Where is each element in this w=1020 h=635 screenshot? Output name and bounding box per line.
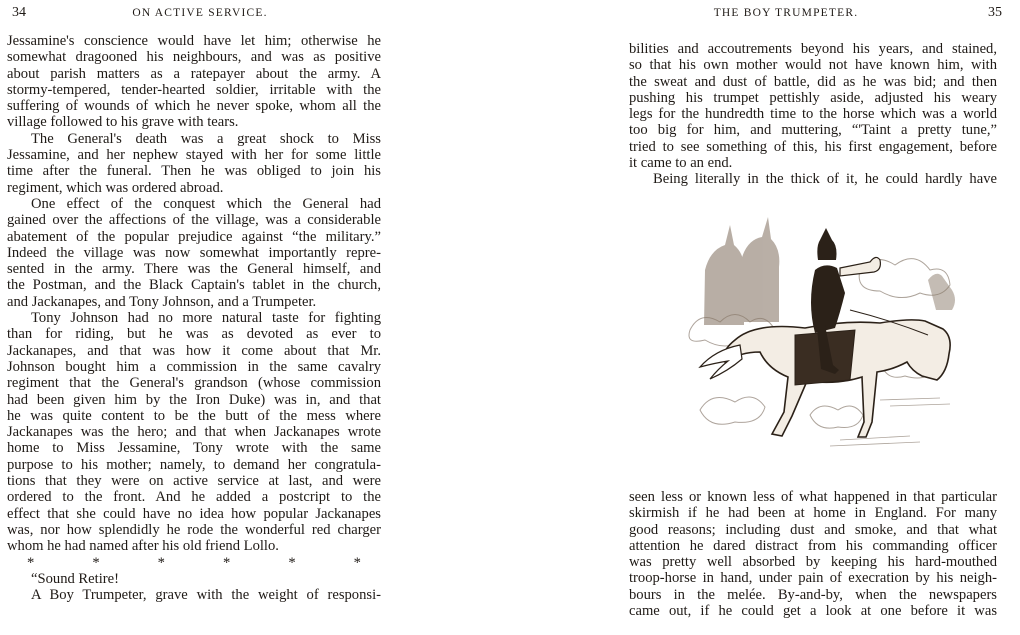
text-line: effect that she could have no idea how p… [7, 506, 381, 522]
text-line: Jackanapes was the hero; and that when J… [7, 424, 381, 440]
section-break-asterisks: ****** [7, 555, 381, 571]
page-number-right: 35 [988, 5, 1002, 21]
text-line: so that his own mother would not have kn… [629, 57, 997, 73]
text-line: it came to an end. [629, 155, 997, 171]
text-line: Jackanapes, and that was how it come abo… [7, 343, 381, 359]
asterisk: * [92, 555, 99, 571]
text-line: sented in the army. There was the Genera… [7, 261, 381, 277]
text-line: A Boy Trumpeter, grave with the weight o… [7, 587, 381, 603]
text-line: tions that they were on active service a… [7, 473, 381, 489]
text-line: pushing his trumpet pettishly aside, adj… [629, 90, 997, 106]
right-body-text-top: bilities and accoutrements beyond his ye… [629, 41, 997, 188]
asterisk: * [288, 555, 295, 571]
text-line: regiment, which was ordered abroad. [7, 180, 381, 196]
text-line: abatement of the popular prejudice again… [7, 229, 381, 245]
text-line: skirmish if he had been at home in Engla… [629, 505, 997, 521]
running-head-title-right: THE BOY TRUMPETER. [612, 7, 960, 19]
text-line: attention he dared distract from his com… [629, 538, 997, 554]
text-line: suffering of wounds of which he never sp… [7, 98, 381, 114]
left-body-text: Jessamine's conscience would have let hi… [7, 33, 381, 603]
text-line: whom he had named after his old friend L… [7, 538, 381, 554]
text-line: than for riding, but he was as devoted a… [7, 326, 381, 342]
text-line: time after the funeral. Then he was obli… [7, 163, 381, 179]
text-line: regiment that the General's grandson (wh… [7, 375, 381, 391]
text-line: came out, if he could get a look at one … [629, 603, 997, 619]
text-line: somewhat dragooned his neighbours, and w… [7, 49, 381, 65]
text-line: and Jackanapes, and Tony Johnson, and a … [7, 294, 381, 310]
text-line: “Sound Retire! [7, 571, 381, 587]
text-line: Jessamine, and her nephew stayed with he… [7, 147, 381, 163]
text-line: had been given him by the Iron Duke) was… [7, 392, 381, 408]
text-line: village followed to his grave with tears… [7, 114, 381, 130]
text-line: was pretty well absorbed by keeping his … [629, 554, 997, 570]
asterisk: * [223, 555, 230, 571]
text-line: too big for him, and muttering, “'Taint … [629, 122, 997, 138]
text-line: seen less or known less of what happened… [629, 489, 997, 505]
left-page: 34 ON ACTIVE SERVICE. Jessamine's consci… [0, 0, 400, 635]
asterisk: * [27, 555, 34, 571]
text-line: The General's death was a great shock to… [7, 131, 381, 147]
text-line: Indeed the village was now somewhat impo… [7, 245, 381, 261]
text-line: he was quite content to be the butt of t… [7, 408, 381, 424]
right-body-text-bottom: seen less or known less of what happened… [629, 489, 997, 619]
text-line: Tony Johnson had no more natural taste f… [7, 310, 381, 326]
text-line: about parish matters as a ratepayer abou… [7, 66, 381, 82]
boy-trumpeter-illustration [680, 210, 980, 465]
text-line: bilities and accoutrements beyond his ye… [629, 41, 997, 57]
text-line: troop-horse in hand, under pain of execr… [629, 570, 997, 586]
text-line: Being literally in the thick of it, he c… [629, 171, 997, 187]
asterisk: * [158, 555, 165, 571]
text-line: legs for the hundredth time to the horse… [629, 106, 997, 122]
text-line: good reasons; including dust and smoke, … [629, 522, 997, 538]
asterisk: * [354, 555, 361, 571]
text-line: gained over the affections of the villag… [7, 212, 381, 228]
text-line: ordered to the front. And he added a pos… [7, 489, 381, 505]
text-line: purpose to his mother; namely, to demand… [7, 457, 381, 473]
text-line: Johnson bought him a commission in the s… [7, 359, 381, 375]
text-line: tried to see something of this, his firs… [629, 139, 997, 155]
text-line: bours in the melée. By-and-by, when the … [629, 587, 997, 603]
text-line: Jessamine's conscience would have let hi… [7, 33, 381, 49]
text-line: stormy-tempered, tender-hearted soldier,… [7, 82, 381, 98]
page-number-left: 34 [12, 5, 26, 21]
text-line: the Postman, and the Black Captain's tab… [7, 277, 381, 293]
text-line: the sweat and dust of battle, did as he … [629, 74, 997, 90]
text-line: was, nor how splendidly he rode the wond… [7, 522, 381, 538]
running-head-title-left: ON ACTIVE SERVICE. [30, 7, 370, 19]
horseman-engraving-icon [680, 210, 980, 465]
text-line: One effect of the conquest which the Gen… [7, 196, 381, 212]
text-line: home to Miss Jessamine, Tony wrote with … [7, 440, 381, 456]
